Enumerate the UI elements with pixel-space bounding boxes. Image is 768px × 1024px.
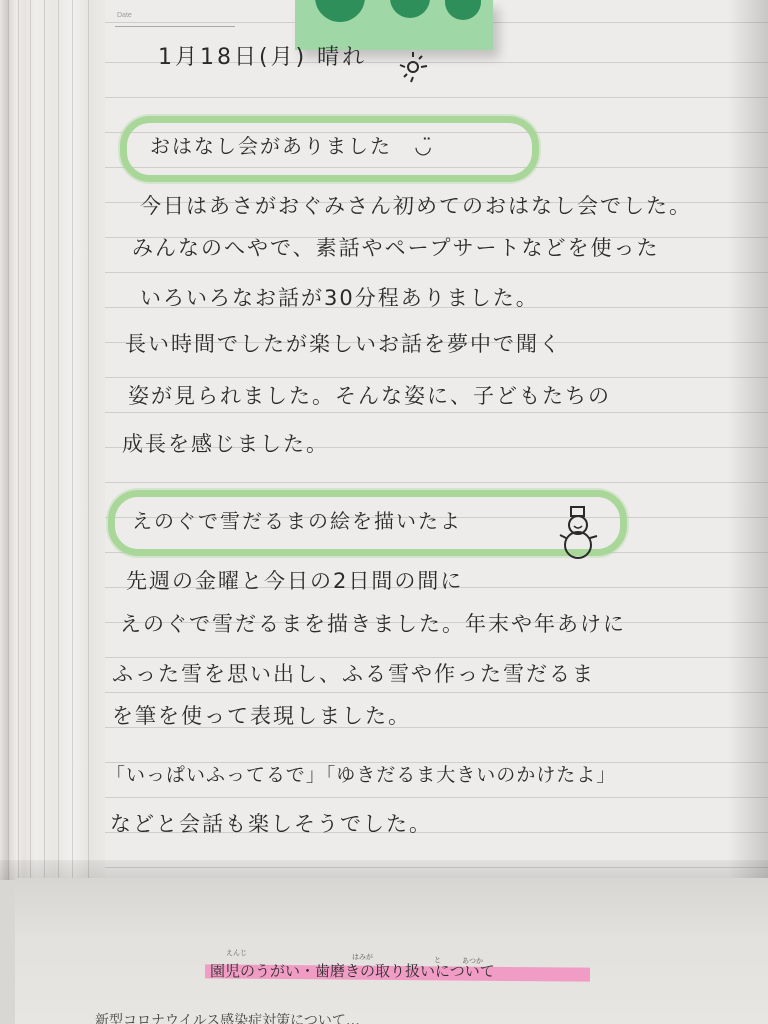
diary-line: 成長を感じました。 (122, 428, 329, 458)
date-field-label: Date (117, 12, 132, 19)
diary-line: 姿が見られました。そんな姿に、子どもたちの (128, 380, 611, 410)
printed-handout (15, 878, 768, 1024)
diary-line: えのぐで雪だるまを描きました。年末や年あけに (120, 608, 626, 638)
diary-line: 今日はあさがおぐみさん初めてのおはなし会でした。 (140, 190, 692, 220)
section-heading: おはなし会がありました ◡̈ (150, 130, 434, 159)
diary-line: いろいろなお話が30分程ありました。 (140, 282, 539, 312)
diary-line: みんなのへやで、素話やペープサートなどを使った (132, 232, 660, 262)
section-heading: えのぐで雪だるまの絵を描いたよ (132, 505, 462, 534)
diary-line: などと会話も楽しそうでした。 (110, 808, 432, 838)
snowman-icon (558, 505, 598, 561)
handout-body-line: 新型コロナウイルス感染症対策について… (95, 1010, 360, 1024)
page-stack-edges (0, 0, 120, 880)
diary-line: を筆を使って表現しました。 (112, 700, 411, 730)
diary-line: 「いっぱいふってるで」「ゆきだるま大きいのかけたよ」 (106, 760, 616, 787)
sun-icon (396, 50, 430, 84)
date-underline (115, 26, 235, 27)
notebook-photo: Date 1月18日(月) 晴れ おはなし会がありました ◡̈ 今日はあさがおぐ… (0, 0, 768, 1024)
handout-title: 園児のうがい・歯磨きの取り扱いについて (210, 960, 495, 981)
diary-line: 先週の金曜と今日の2日間の間に (126, 565, 463, 595)
diary-line: 長い時間でしたが楽しいお話を夢中で聞く (125, 328, 562, 358)
diary-date: 1月18日(月) 晴れ (158, 40, 367, 71)
smiley-face-icon: ◡̈ (414, 134, 433, 158)
page-shadow (0, 860, 768, 880)
ruby-text: えんじ (226, 948, 247, 958)
diary-line: ふった雪を思い出し、ふる雪や作った雪だるま (112, 658, 595, 688)
